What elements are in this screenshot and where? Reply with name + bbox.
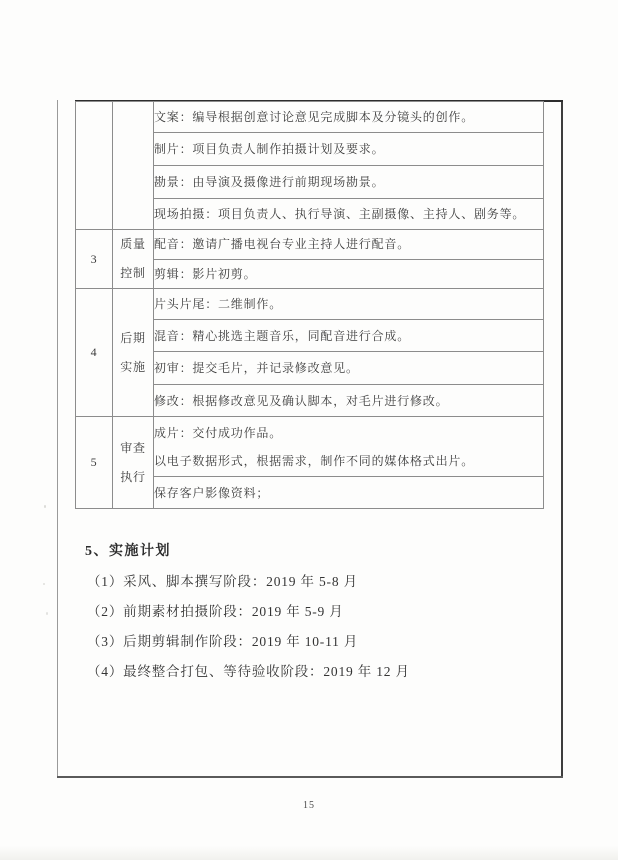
- phase-category-line: 执行: [113, 463, 153, 492]
- scan-artifact: [0, 844, 618, 860]
- step-description-cell: 混音：精心挑选主题音乐，同配音进行合成。: [154, 320, 544, 352]
- plan-items: （1）采风、脚本撰写阶段：2019 年 5-8 月 （2）前期素材拍摄阶段：20…: [87, 569, 410, 689]
- step-description-cell: 片头片尾：二维制作。: [154, 289, 544, 320]
- step-text: 混音：精心挑选主题音乐，同配音进行合成。: [154, 322, 543, 350]
- phase-category-cell: 后期 实施: [113, 289, 154, 417]
- step-text: 保存客户影像资料；: [154, 479, 543, 507]
- document-page: 文案：编导根据创意讨论意见完成脚本及分镜头的创作。 制片：项目负责人制作拍摄计划…: [0, 0, 618, 860]
- step-text: 制片：项目负责人制作拍摄计划及要求。: [154, 135, 543, 163]
- phase-category-line: 后期: [113, 324, 153, 353]
- phase-category-line: 实施: [113, 353, 153, 382]
- plan-item: （1）采风、脚本撰写阶段：2019 年 5-8 月: [87, 569, 410, 595]
- step-text: 修改：根据修改意见及确认脚本，对毛片进行修改。: [154, 387, 543, 415]
- outer-border-bottom: [57, 776, 563, 778]
- plan-item: （4）最终整合打包、等待验收阶段：2019 年 12 月: [87, 659, 410, 685]
- step-text: 现场拍摄：项目负责人、执行导演、主副摄像、主持人、剧务等。: [154, 200, 543, 228]
- scan-artifact: [43, 583, 45, 585]
- step-description-cell: 保存客户影像资料；: [154, 477, 544, 509]
- step-text: 以电子数据形式，根据需求，制作不同的媒体格式出片。: [154, 447, 543, 475]
- plan-item: （3）后期剪辑制作阶段：2019 年 10-11 月: [87, 629, 410, 655]
- phase-category-line: 质量: [113, 230, 153, 259]
- step-text: 剪辑：影片初剪。: [154, 260, 543, 288]
- page-number: 15: [0, 800, 618, 811]
- phase-category-cell: 质量 控制: [113, 230, 154, 289]
- step-description-cell: 修改：根据修改意见及确认脚本，对毛片进行修改。: [154, 385, 544, 417]
- step-description-cell: 剪辑：影片初剪。: [154, 259, 544, 289]
- phase-category-cell: 审查 执行: [113, 417, 154, 509]
- scan-artifact: [46, 612, 48, 615]
- step-text: 配音：邀请广播电视台专业主持人进行配音。: [154, 230, 543, 258]
- plan-item: （2）前期素材拍摄阶段：2019 年 5-9 月: [87, 599, 410, 625]
- production-process-table: 文案：编导根据创意讨论意见完成脚本及分镜头的创作。 制片：项目负责人制作拍摄计划…: [75, 101, 544, 509]
- step-description-cell: 成片：交付成功作品。 以电子数据形式，根据需求，制作不同的媒体格式出片。: [154, 417, 544, 477]
- outer-border-right: [561, 100, 563, 777]
- table-row: 文案：编导根据创意讨论意见完成脚本及分镜头的创作。: [76, 102, 544, 133]
- outer-border-left: [57, 100, 58, 777]
- scan-artifact: [44, 505, 46, 508]
- step-description-cell: 文案：编导根据创意讨论意见完成脚本及分镜头的创作。: [154, 102, 544, 133]
- step-text: 成片：交付成功作品。: [154, 419, 543, 447]
- step-description-cell: 勘景：由导演及摄像进行前期现场勘景。: [154, 166, 544, 199]
- phase-number-cell: 4: [76, 289, 113, 417]
- step-text: 片头片尾：二维制作。: [154, 290, 543, 318]
- phase-category-line: 控制: [113, 259, 153, 288]
- table-row: 4 后期 实施 片头片尾：二维制作。: [76, 289, 544, 320]
- step-text: 勘景：由导演及摄像进行前期现场勘景。: [154, 168, 543, 196]
- phase-number-cell: 5: [76, 417, 113, 509]
- step-description-cell: 现场拍摄：项目负责人、执行导演、主副摄像、主持人、剧务等。: [154, 199, 544, 230]
- table-row: 3 质量 控制 配音：邀请广播电视台专业主持人进行配音。: [76, 230, 544, 260]
- phase-category-cell: [113, 102, 154, 230]
- table-row: 5 审查 执行 成片：交付成功作品。 以电子数据形式，根据需求，制作不同的媒体格…: [76, 417, 544, 477]
- step-text: 初审：提交毛片，并记录修改意见。: [154, 354, 543, 382]
- step-description-cell: 制片：项目负责人制作拍摄计划及要求。: [154, 133, 544, 166]
- phase-number-cell: [76, 102, 113, 230]
- step-description-cell: 配音：邀请广播电视台专业主持人进行配音。: [154, 230, 544, 260]
- step-text: 文案：编导根据创意讨论意见完成脚本及分镜头的创作。: [154, 103, 543, 131]
- phase-category-line: 审查: [113, 434, 153, 463]
- phase-number-cell: 3: [76, 230, 113, 289]
- step-description-cell: 初审：提交毛片，并记录修改意见。: [154, 352, 544, 385]
- section-heading: 5、实施计划: [85, 543, 171, 561]
